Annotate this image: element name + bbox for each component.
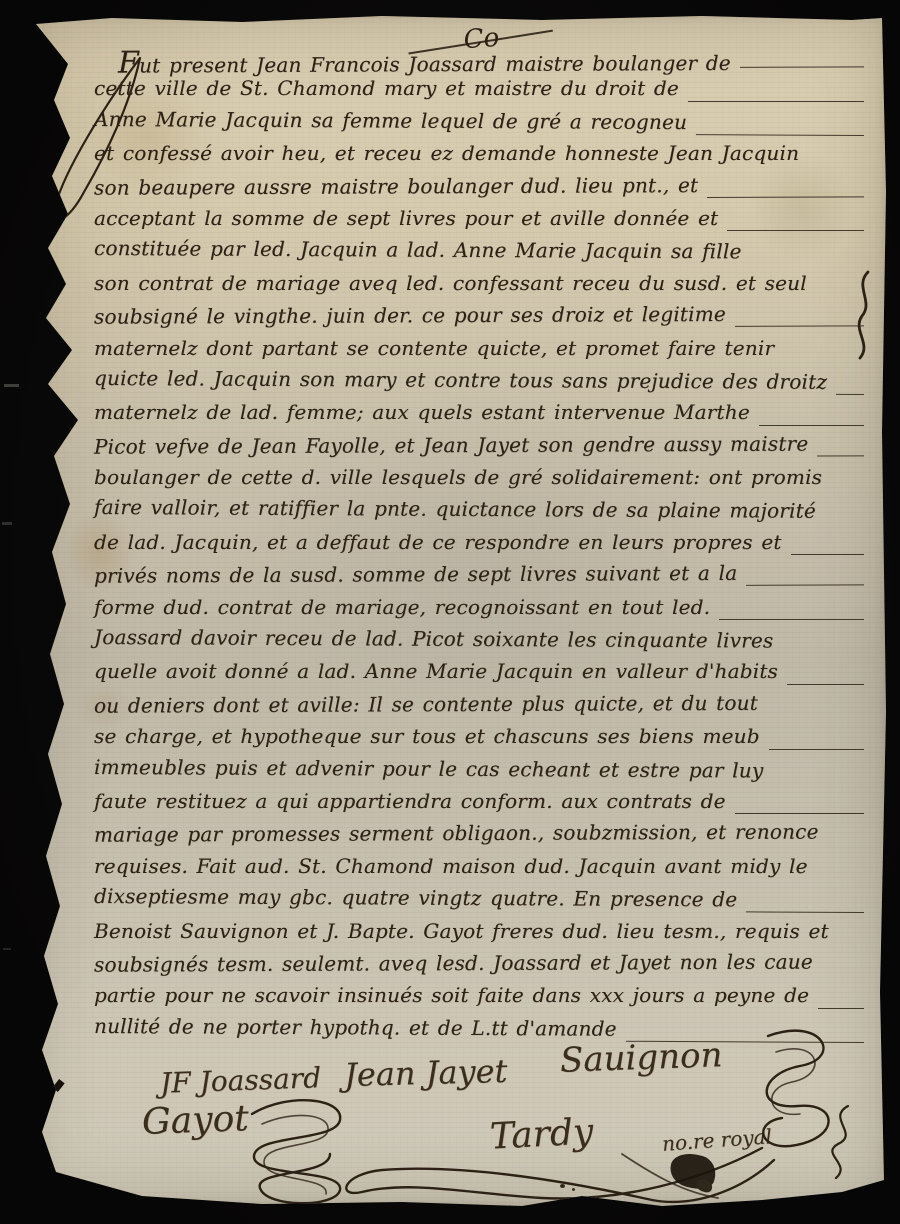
signature-gayot: Gayot <box>141 1098 249 1143</box>
line-filler-dash <box>787 684 864 685</box>
manuscript-line-text: Fut present Jean Francois Joassard maist… <box>118 43 731 81</box>
manuscript-line-text: Joassard davoir receu de lad. Picot soix… <box>94 625 773 653</box>
manuscript-line: mariage par promesses serment obligaon.,… <box>94 820 866 856</box>
manuscript-line: son contrat de mariage aveq led. confess… <box>94 271 866 303</box>
manuscript-line: partie pour ne scavoir insinués soit fai… <box>94 983 866 1015</box>
manuscript-line-text: privés noms de la susd. somme de sept li… <box>94 561 737 588</box>
manuscript-line: Joassard davoir receu de lad. Picot soix… <box>94 625 866 661</box>
line-filler-dash <box>818 1008 864 1009</box>
manuscript-line: soubsigné le vingthe. juin der. ce pour … <box>94 301 866 337</box>
manuscript-page: Co Fut present Jean Francois Joassard ma… <box>22 12 888 1208</box>
manuscript-line: maternelz dont partant se contente quict… <box>94 336 866 368</box>
line-filler-dash <box>817 455 864 456</box>
line-filler-dash <box>688 101 864 102</box>
manuscript-line-text: quicte led. Jacquin son mary et contre t… <box>94 366 827 394</box>
manuscript-line: quelle avoit donné a lad. Anne Marie Jac… <box>94 659 866 691</box>
manuscript-line: privés noms de la susd. somme de sept li… <box>94 561 866 597</box>
manuscript-line-text: et confessé avoir heu, et receu ez deman… <box>94 141 799 165</box>
manuscript-line: faire valloir, et ratiffier la pnte. qui… <box>94 495 866 531</box>
manuscript-line: cette ville de St. Chamond mary et maist… <box>94 76 866 108</box>
line-filler-dash <box>735 813 864 814</box>
ink-speck <box>572 1188 575 1191</box>
line-filler-dash <box>746 585 864 587</box>
manuscript-line-text: acceptant la somme de sept livres pour e… <box>94 206 718 230</box>
manuscript-line-text: constituée par led. Jacquin a lad. Anne … <box>94 236 742 263</box>
manuscript-line: immeubles puis et advenir pour le cas ec… <box>94 755 866 791</box>
manuscript-line: Benoist Sauvignon et J. Bapte. Gayot fre… <box>94 919 866 951</box>
line-filler-dash <box>836 394 864 395</box>
manuscript-line: constituée par led. Jacquin a lad. Anne … <box>94 236 866 272</box>
manuscript-line-text: soubsigné le vingthe. juin der. ce pour … <box>94 302 726 329</box>
manuscript-line: se charge, et hypotheque sur tous et cha… <box>94 724 866 756</box>
line-filler-dash <box>740 67 864 69</box>
ink-speck <box>560 1184 565 1188</box>
manuscript-line-text: Benoist Sauvignon et J. Bapte. Gayot fre… <box>94 919 829 943</box>
signature-jean-jayet: Jean Jayet <box>344 1052 508 1094</box>
manuscript-line-text: Anne Marie Jacquin sa femme lequel de gr… <box>94 107 687 134</box>
line-filler-dash <box>769 749 864 750</box>
manuscript-line: et confessé avoir heu, et receu ez deman… <box>94 141 866 173</box>
manuscript-line-text: se charge, et hypotheque sur tous et cha… <box>94 724 760 748</box>
manuscript-line: boulanger de cette d. ville lesquels de … <box>94 465 866 497</box>
manuscript-text: Fut present Jean Francois Joassard maist… <box>94 44 866 1048</box>
line-filler-dash <box>696 134 864 136</box>
manuscript-line-text: partie pour ne scavoir insinués soit fai… <box>94 983 809 1007</box>
manuscript-line-text: faire valloir, et ratiffier la pnte. qui… <box>94 495 816 523</box>
manuscript-line-text: forme dud. contrat de mariage, recognois… <box>94 595 710 619</box>
manuscript-line: de lad. Jacquin, et a deffaut de ce resp… <box>94 530 866 562</box>
line-filler-dash <box>735 326 864 328</box>
manuscript-line-text: son contrat de mariage aveq led. confess… <box>94 271 807 295</box>
manuscript-line: Anne Marie Jacquin sa femme lequel de gr… <box>94 107 866 143</box>
edge-dark-mark <box>52 1079 64 1092</box>
manuscript-line-text: dixseptiesme may gbc. quatre vingtz quat… <box>94 884 737 911</box>
line-filler-dash <box>746 912 864 914</box>
manuscript-line: quicte led. Jacquin son mary et contre t… <box>94 366 866 402</box>
manuscript-line-text: Picot vefve de Jean Fayolle, et Jean Jay… <box>94 431 808 458</box>
manuscript-line: maternelz de lad. femme; aux quels estan… <box>94 400 866 432</box>
manuscript-line: son beaupere aussre maistre boulanger du… <box>94 172 866 208</box>
manuscript-line-text: faute restituez a qui appartiendra confo… <box>94 789 726 813</box>
manuscript-line-text: maternelz de lad. femme; aux quels estan… <box>94 400 750 424</box>
manuscript-line-text: son beaupere aussre maistre boulanger du… <box>94 173 698 200</box>
manuscript-line: requises. Fait aud. St. Chamond maison d… <box>94 854 866 886</box>
manuscript-line: ou deniers dont et aville: Il se content… <box>94 690 866 726</box>
margin-tick <box>4 384 19 387</box>
signature-sauignon: Sauignon <box>559 1035 723 1081</box>
manuscript-line-text: de lad. Jacquin, et a deffaut de ce resp… <box>94 530 782 554</box>
manuscript-line: Picot vefve de Jean Fayolle, et Jean Jay… <box>94 431 866 467</box>
manuscript-line-text: maternelz dont partant se contente quict… <box>94 336 774 360</box>
manuscript-line: Fut present Jean Francois Joassard maist… <box>94 42 866 78</box>
margin-tick <box>2 522 12 525</box>
line-filler-dash <box>759 425 864 426</box>
manuscript-line-text: soubsignés tesm. seulemt. aveq lesd. Joa… <box>94 949 813 976</box>
margin-brace <box>850 268 878 362</box>
manuscript-line: soubsignés tesm. seulemt. aveq lesd. Joa… <box>94 949 866 985</box>
manuscript-line: acceptant la somme de sept livres pour e… <box>94 206 866 238</box>
manuscript-line-text: immeubles puis et advenir pour le cas ec… <box>94 755 763 783</box>
notaire-paraph <box>818 1100 864 1182</box>
photo-background: Co Fut present Jean Francois Joassard ma… <box>0 0 900 1224</box>
manuscript-line: dixseptiesme may gbc. quatre vingtz quat… <box>94 884 866 920</box>
manuscript-line: forme dud. contrat de mariage, recognois… <box>94 595 866 627</box>
manuscript-line-text: ou deniers dont et aville: Il se content… <box>94 691 758 718</box>
line-filler-dash <box>719 619 864 620</box>
line-filler-dash <box>727 230 864 231</box>
manuscript-line-text: nullité de ne porter hypothq. et de L.tt… <box>94 1014 617 1041</box>
manuscript-line-text: mariage par promesses serment obligaon.,… <box>94 820 819 847</box>
manuscript-line-text: requises. Fait aud. St. Chamond maison d… <box>94 854 808 878</box>
line-filler-dash <box>707 196 864 198</box>
manuscript-line-text: boulanger de cette d. ville lesquels de … <box>94 465 822 489</box>
manuscript-line: faute restituez a qui appartiendra confo… <box>94 789 866 821</box>
line-filler-dash <box>791 554 864 555</box>
manuscript-line-text: quelle avoit donné a lad. Anne Marie Jac… <box>94 659 778 683</box>
margin-tick <box>3 948 11 950</box>
